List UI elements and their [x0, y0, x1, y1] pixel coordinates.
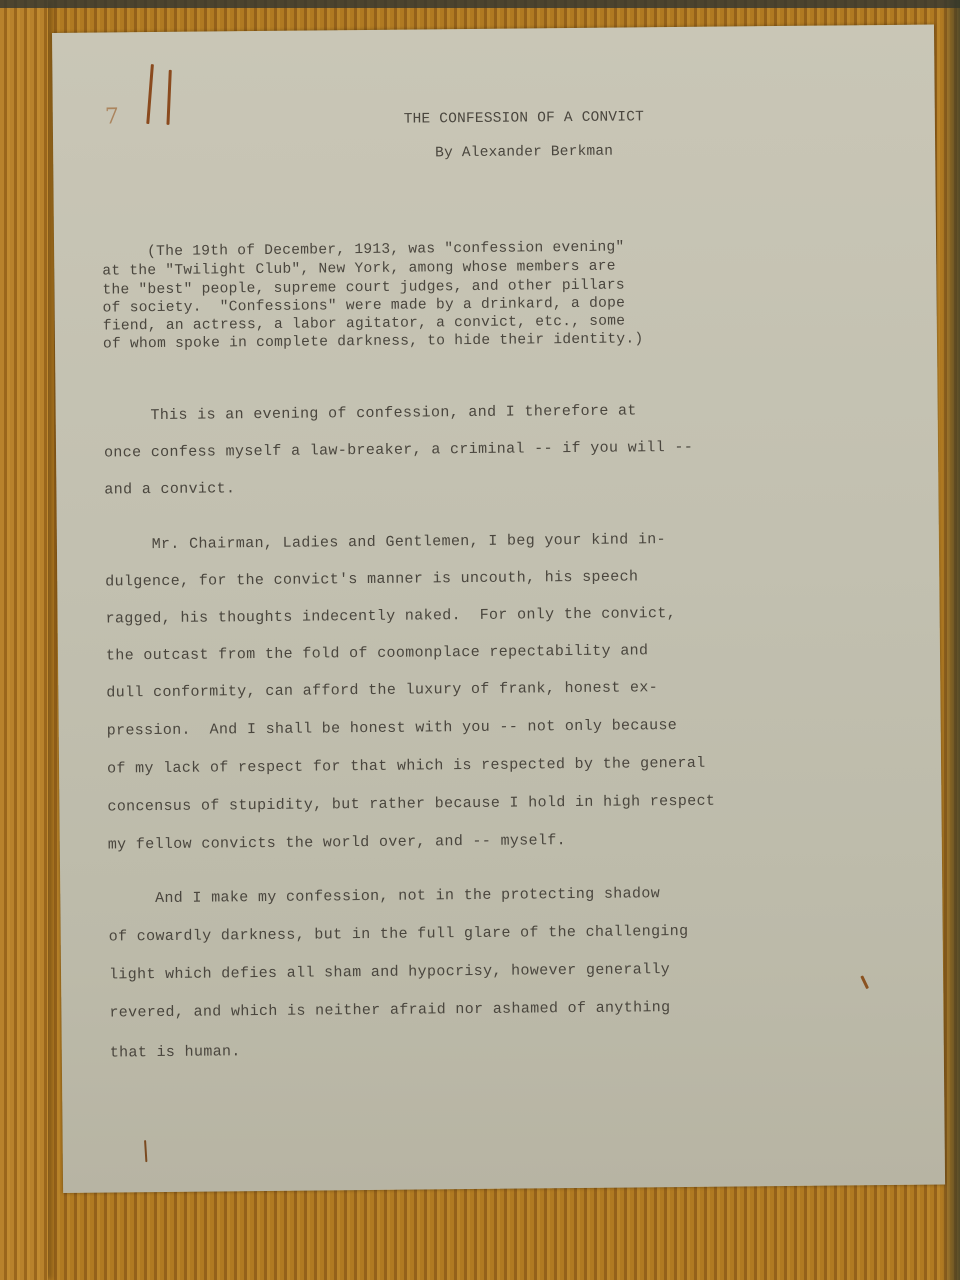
text-line: This is an evening of confession, and I …: [104, 402, 637, 424]
text-line: ragged, his thoughts indecently naked. F…: [106, 605, 677, 627]
intro-note: (The 19th of December, 1913, was "confes…: [52, 25, 934, 33]
document-byline: By Alexander Berkman: [53, 141, 935, 165]
folder-top-shadow: [0, 0, 960, 8]
text-line: that is human.: [110, 1043, 241, 1061]
text-line: concensus of stupidity, but rather becau…: [107, 793, 715, 816]
paragraph-1: This is an evening of confession, and I …: [52, 25, 934, 33]
paragraph-2: Mr. Chairman, Ladies and Gentlemen, I be…: [52, 25, 934, 33]
margin-pencil-mark: [860, 975, 869, 989]
folder-left-edge: [0, 0, 48, 1280]
text-line: once confess myself a law-breaker, a cri…: [104, 439, 693, 462]
text-line: revered, and which is neither afraid nor…: [109, 999, 670, 1021]
text-line: my fellow convicts the world over, and -…: [108, 832, 566, 853]
paragraph-3: And I make my confession, not in the pro…: [52, 25, 934, 33]
text-line: dulgence, for the convict's manner is un…: [105, 568, 638, 590]
text-line: of my lack of respect for that which is …: [107, 755, 706, 778]
text-line: of cowardly darkness, but in the full gl…: [109, 923, 689, 946]
intro-line: of whom spoke in complete darkness, to h…: [103, 331, 644, 352]
text-line: dull conformity, can afford the luxury o…: [106, 679, 658, 701]
text-line: and a convict.: [104, 480, 235, 498]
typewritten-page: 7 THE CONFESSION OF A CONVICT By Alexand…: [52, 25, 945, 1193]
folder-right-shadow: [942, 0, 960, 1280]
text-line: the outcast from the fold of coomonplace…: [106, 642, 649, 664]
margin-pencil-mark: [144, 1140, 147, 1162]
intro-line: (The 19th of December, 1913, was "confes…: [102, 240, 625, 261]
text-line: And I make my confession, not in the pro…: [108, 885, 660, 907]
document-title: THE CONFESSION OF A CONVICT: [53, 107, 935, 131]
text-line: Mr. Chairman, Ladies and Gentlemen, I be…: [105, 531, 666, 553]
intro-line: at the "Twilight Club", New York, among …: [102, 259, 616, 280]
text-line: pression. And I shall be honest with you…: [107, 717, 678, 739]
text-line: light which defies all sham and hypocris…: [109, 961, 670, 983]
